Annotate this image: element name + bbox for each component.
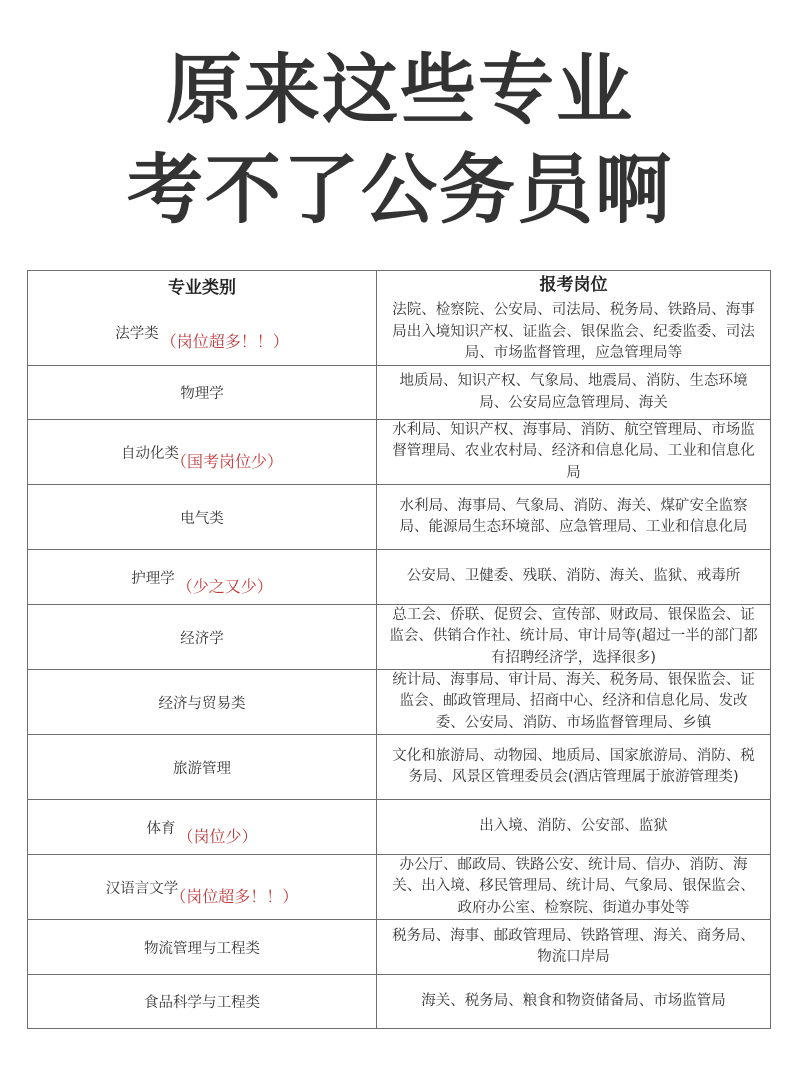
major-name: 物流管理与工程类 <box>144 937 260 958</box>
table-row: 护理学（少之又少）公安局、卫健委、残联、消防、海关、监狱、戒毒所 <box>28 549 770 604</box>
majors-table: 专业类别 报考岗位 法学类（岗位超多！！）法院、检察院、公安局、司法局、税务局、… <box>27 270 771 1029</box>
positions-cell: 文化和旅游局、动物园、地质局、国家旅游局、消防、税务局、风景区管理委员会(酒店管… <box>377 735 770 799</box>
major-note: （岗位少） <box>177 824 257 847</box>
major-note: （岗位超多！！） <box>170 884 298 907</box>
major-cell: 食品科学与工程类 <box>28 975 377 1028</box>
table-row: 经济学总工会、侨联、促贸会、宣传部、财政局、银保监会、证监会、供销合作社、统计局… <box>28 604 770 669</box>
positions-cell: 水利局、海事局、气象局、消防、海关、煤矿安全监察局、能源局生态环境部、应急管理局… <box>377 485 770 549</box>
positions-cell: 税务局、海事、邮政管理局、铁路管理、海关、商务局、物流口岸局 <box>377 920 770 974</box>
major-cell: 汉语言文学（岗位超多！！） <box>28 855 377 919</box>
major-cell: 旅游管理 <box>28 735 377 799</box>
major-name: 电气类 <box>180 507 224 528</box>
header-major-category: 专业类别 <box>28 271 377 300</box>
page-title-line-2: 考不了公务员啊 <box>0 146 800 234</box>
page-title-line-1: 原来这些专业 <box>0 46 800 134</box>
table-row: 法学类（岗位超多！！）法院、检察院、公安局、司法局、税务局、铁路局、海事局出入境… <box>28 300 770 365</box>
positions-cell: 法院、检察院、公安局、司法局、税务局、铁路局、海事局出入境知识产权、证监会、银保… <box>377 300 770 365</box>
major-name: 汉语言文学 <box>106 877 179 898</box>
table-row: 经济与贸易类统计局、海事局、审计局、海关、税务局、银保监会、证监会、邮政管理局、… <box>28 669 770 734</box>
major-note: （少之又少） <box>177 574 273 597</box>
major-name: 体育 <box>146 817 175 838</box>
positions-cell: 公安局、卫健委、残联、消防、海关、监狱、戒毒所 <box>377 550 770 604</box>
table-row: 自动化类（国考岗位少）水利局、知识产权、海事局、消防、航空管理局、市场监督管理局… <box>28 419 770 484</box>
major-note: （国考岗位少） <box>171 449 283 472</box>
major-name: 旅游管理 <box>173 757 231 778</box>
major-name: 物理学 <box>180 382 224 403</box>
table-row: 物理学地质局、知识产权、气象局、地震局、消防、生态环境局、公安局应急管理局、海关 <box>28 365 770 419</box>
header-positions: 报考岗位 <box>377 271 770 300</box>
positions-cell: 海关、税务局、粮食和物资储备局、市场监管局 <box>377 975 770 1028</box>
major-cell: 物流管理与工程类 <box>28 920 377 974</box>
major-cell: 自动化类（国考岗位少） <box>28 420 377 484</box>
major-cell: 护理学（少之又少） <box>28 550 377 604</box>
positions-cell: 地质局、知识产权、气象局、地震局、消防、生态环境局、公安局应急管理局、海关 <box>377 366 770 419</box>
table-row: 体育（岗位少）出入境、消防、公安部、监狱 <box>28 799 770 854</box>
table-row: 汉语言文学（岗位超多！！）办公厅、邮政局、铁路公安、统计局、信办、消防、海关、出… <box>28 854 770 919</box>
major-cell: 经济学 <box>28 605 377 669</box>
table-row: 食品科学与工程类海关、税务局、粮食和物资储备局、市场监管局 <box>28 974 770 1028</box>
positions-cell: 水利局、知识产权、海事局、消防、航空管理局、市场监督管理局、农业农村局、经济和信… <box>377 420 770 484</box>
positions-cell: 办公厅、邮政局、铁路公安、统计局、信办、消防、海关、出入境、移民管理局、统计局、… <box>377 855 770 919</box>
table-row: 旅游管理文化和旅游局、动物园、地质局、国家旅游局、消防、税务局、风景区管理委员会… <box>28 734 770 799</box>
major-name: 食品科学与工程类 <box>144 991 260 1012</box>
positions-cell: 统计局、海事局、审计局、海关、税务局、银保监会、证监会、邮政管理局、招商中心、经… <box>377 670 770 734</box>
table-row: 物流管理与工程类税务局、海事、邮政管理局、铁路管理、海关、商务局、物流口岸局 <box>28 919 770 974</box>
major-cell: 电气类 <box>28 485 377 549</box>
major-name: 护理学 <box>131 567 175 588</box>
positions-cell: 总工会、侨联、促贸会、宣传部、财政局、银保监会、证监会、供销合作社、统计局、审计… <box>377 605 770 669</box>
major-cell: 体育（岗位少） <box>28 800 377 854</box>
table-row: 电气类水利局、海事局、气象局、消防、海关、煤矿安全监察局、能源局生态环境部、应急… <box>28 484 770 549</box>
major-cell: 法学类（岗位超多！！） <box>28 300 377 365</box>
major-note: （岗位超多！！） <box>161 329 289 352</box>
major-cell: 经济与贸易类 <box>28 670 377 734</box>
major-name: 法学类 <box>115 322 159 343</box>
major-cell: 物理学 <box>28 366 377 419</box>
major-name: 经济学 <box>180 627 224 648</box>
major-name: 经济与贸易类 <box>159 692 246 713</box>
table-header-row: 专业类别 报考岗位 <box>28 271 770 300</box>
positions-cell: 出入境、消防、公安部、监狱 <box>377 800 770 854</box>
